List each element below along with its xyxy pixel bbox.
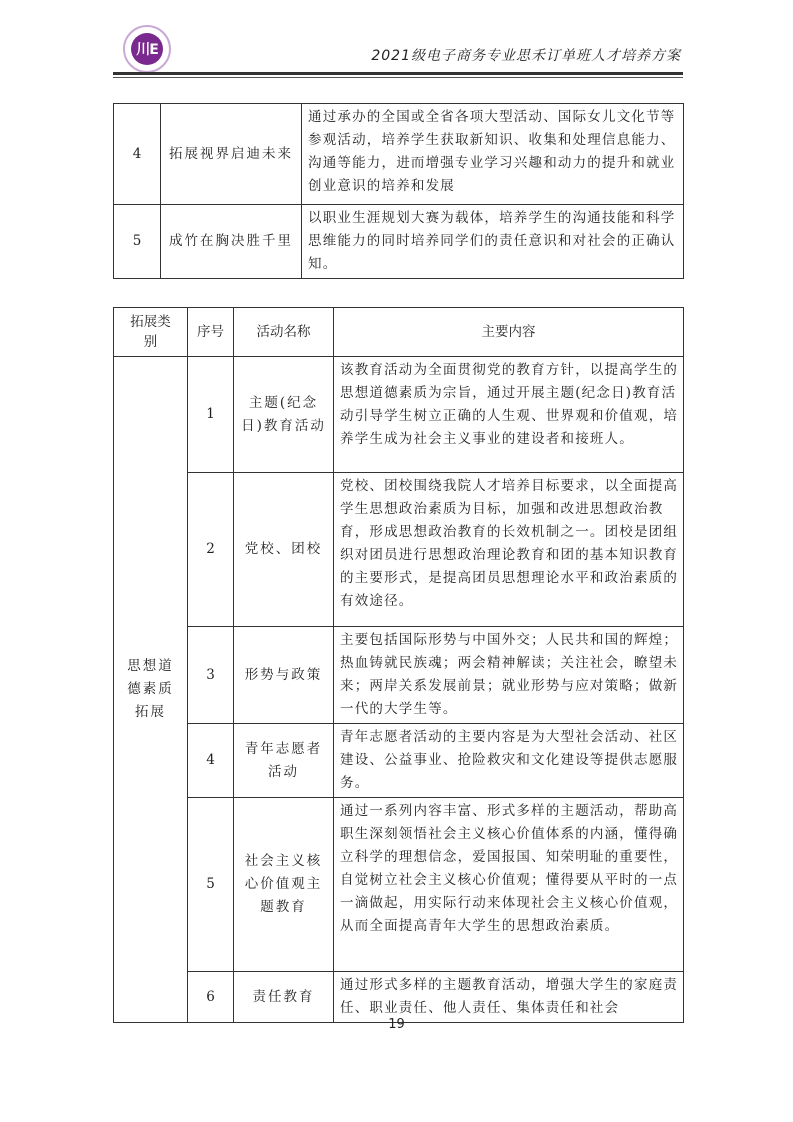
activity-name: 成竹在胸决胜千里 [161, 205, 302, 279]
category-cell: 思想道德素质拓展 [114, 357, 188, 1023]
activity-name: 形势与政策 [234, 627, 334, 724]
row-number: 4 [188, 724, 234, 798]
row-number: 5 [114, 205, 161, 279]
emblem-center: 川E [131, 33, 163, 65]
row-number: 2 [188, 473, 234, 627]
activity-name: 责任教育 [234, 972, 334, 1023]
activity-name: 青年志愿者活动 [234, 724, 334, 798]
activity-name: 党校、团校 [234, 473, 334, 627]
row-number: 5 [188, 798, 234, 972]
header-number: 序号 [188, 308, 234, 357]
activity-content: 通过承办的全国或全省各项大型活动、国际女儿文化节等参观活动，培养学生获取新知识、… [302, 104, 684, 205]
row-number: 3 [188, 627, 234, 724]
table-row: 4 青年志愿者活动 青年志愿者活动的主要内容是为大型社会活动、社区建设、公益事业… [114, 724, 684, 798]
header-activity-name: 活动名称 [234, 308, 334, 357]
activity-name: 主题(纪念日)教育活动 [234, 357, 334, 473]
emblem-glyph: 川E [136, 39, 158, 59]
document-title: 2021级电子商务专业思禾订单班人才培养方案 [371, 45, 681, 65]
moral-quality-table: 拓展类别 序号 活动名称 主要内容 思想道德素质拓展 1 主题(纪念日)教育活动… [113, 307, 684, 1023]
activity-content: 通过一系列内容丰富、形式多样的主题活动，帮助高职生深刻领悟社会主义核心价值体系的… [334, 798, 684, 972]
activity-name: 社会主义核心价值观主题教育 [234, 798, 334, 972]
page-number: 19 [0, 1017, 793, 1032]
table-row: 4 拓展视界启迪未来 通过承办的全国或全省各项大型活动、国际女儿文化节等参观活动… [114, 104, 684, 205]
row-number: 6 [188, 972, 234, 1023]
activity-content: 党校、团校围绕我院人才培养目标要求，以全面提高学生思想政治素质为目标，加强和改进… [334, 473, 684, 627]
table-row: 6 责任教育 通过形式多样的主题教育活动，增强大学生的家庭责任、职业责任、他人责… [114, 972, 684, 1023]
header-main-content: 主要内容 [334, 308, 684, 357]
activity-content: 该教育活动为全面贯彻党的教育方针，以提高学生的思想道德素质为宗旨，通过开展主题(… [334, 357, 684, 473]
college-emblem-icon: 川E [123, 25, 171, 73]
header-divider [113, 72, 683, 75]
row-number: 1 [188, 357, 234, 473]
row-number: 4 [114, 104, 161, 205]
table-row: 2 党校、团校 党校、团校围绕我院人才培养目标要求，以全面提高学生思想政治素质为… [114, 473, 684, 627]
table-row: 思想道德素质拓展 1 主题(纪念日)教育活动 该教育活动为全面贯彻党的教育方针，… [114, 357, 684, 473]
activity-content: 以职业生涯规划大赛为载体，培养学生的沟通技能和科学思维能力的同时培养同学们的责任… [302, 205, 684, 279]
table-row: 5 成竹在胸决胜千里 以职业生涯规划大赛为载体，培养学生的沟通技能和科学思维能力… [114, 205, 684, 279]
table-header-row: 拓展类别 序号 活动名称 主要内容 [114, 308, 684, 357]
table-row: 3 形势与政策 主要包括国际形势与中国外交；人民共和国的辉煌；热血铸就民族魂；两… [114, 627, 684, 724]
header-category: 拓展类别 [114, 308, 188, 357]
activity-name: 拓展视界启迪未来 [161, 104, 302, 205]
activity-content: 青年志愿者活动的主要内容是为大型社会活动、社区建设、公益事业、抢险救灾和文化建设… [334, 724, 684, 798]
header-divider-thin [113, 77, 683, 78]
table-row: 5 社会主义核心价值观主题教育 通过一系列内容丰富、形式多样的主题活动，帮助高职… [114, 798, 684, 972]
activity-content: 主要包括国际形势与中国外交；人民共和国的辉煌；热血铸就民族魂；两会精神解读；关注… [334, 627, 684, 724]
page-header: 川E 2021级电子商务专业思禾订单班人才培养方案 [113, 25, 683, 85]
activity-content: 通过形式多样的主题教育活动，增强大学生的家庭责任、职业责任、他人责任、集体责任和… [334, 972, 684, 1023]
activities-table-continued: 4 拓展视界启迪未来 通过承办的全国或全省各项大型活动、国际女儿文化节等参观活动… [113, 103, 684, 279]
